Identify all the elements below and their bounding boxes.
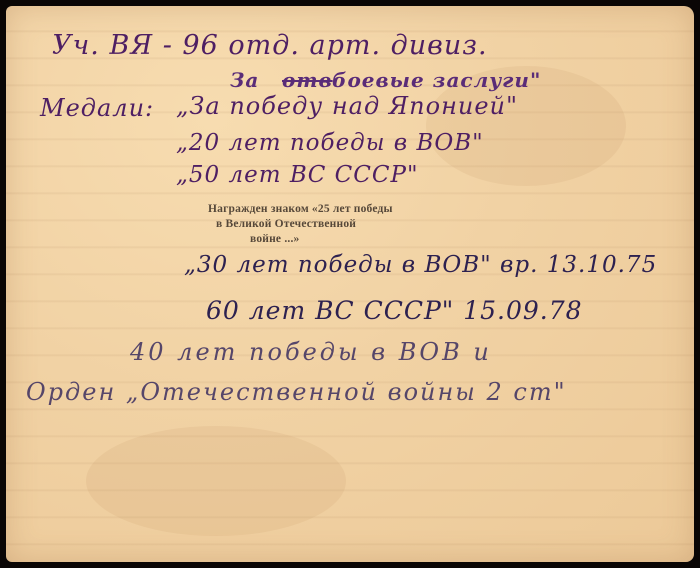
medal-40-years-victory: 40 лет победы в ВОВ и	[130, 338, 492, 366]
stamp-line-3: войне ...»	[208, 232, 393, 247]
medal-japan: „За победу над Японией"	[176, 92, 518, 120]
insert-struck-word: отв	[282, 68, 333, 92]
medal-60-years-armed-forces: 60 лет ВС СССР" 15.09.78	[206, 296, 583, 325]
insert-rest: боевые заслуги"	[332, 68, 541, 92]
insert-prefix: За	[230, 68, 259, 92]
order-patriotic-war: Орден „Отечественной войны 2 ст"	[26, 378, 567, 406]
document-card: Уч. ВЯ - 96 отд. арт. дивиз. За отв боев…	[6, 6, 694, 562]
medal-30-years-victory: „30 лет победы в ВОВ" вр. 13.10.75	[184, 252, 657, 278]
medals-label: Медали:	[40, 94, 154, 122]
medal-20-years-victory: „20 лет победы в ВОВ"	[176, 130, 484, 156]
stamp-line-2: в Великой Отечественной	[208, 217, 393, 232]
stamp-25-years-victory: Награжден знаком «25 лет победы в Велико…	[208, 202, 393, 247]
unit-line: Уч. ВЯ - 96 отд. арт. дивиз.	[52, 30, 488, 61]
medal-50-years-armed-forces: „50 лет ВС СССР"	[176, 162, 419, 188]
paper-stain	[86, 426, 346, 536]
stamp-line-1: Награжден знаком «25 лет победы	[208, 202, 393, 217]
